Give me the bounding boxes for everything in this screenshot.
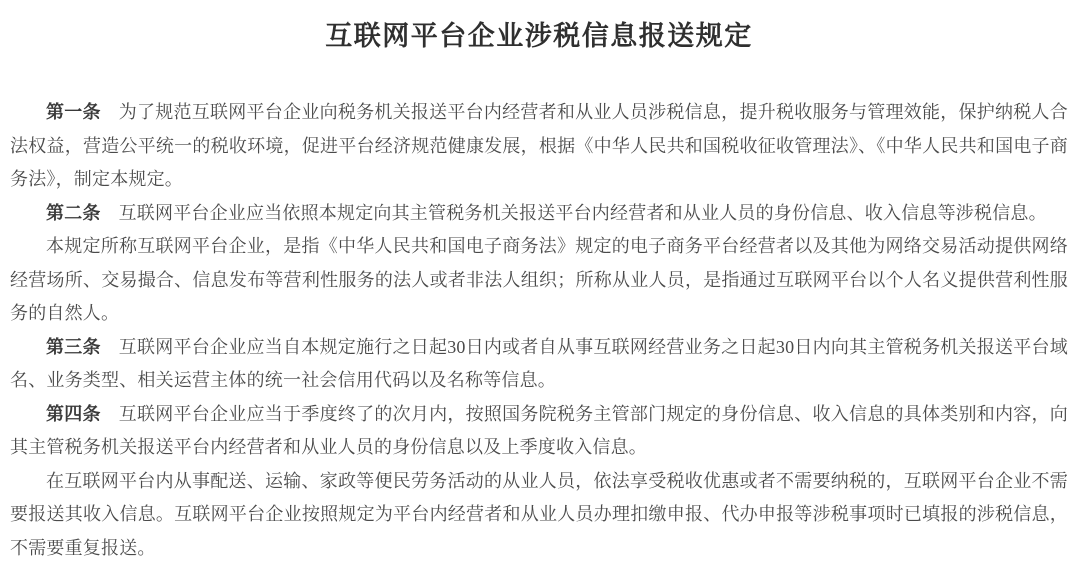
article-number-3: 第三条 <box>46 337 101 357</box>
article-paragraph-2: 第二条互联网平台企业应当依照本规定向其主管税务机关报送平台内经营者和从业人员的身… <box>10 197 1068 231</box>
article-paragraph-3: 第三条互联网平台企业应当自本规定施行之日起30日内或者自从事互联网经营业务之日起… <box>10 331 1068 398</box>
article-text-3: 互联网平台企业应当自本规定施行之日起30日内或者自从事互联网经营业务之日起30日… <box>10 337 1068 391</box>
article-number-4: 第四条 <box>46 404 101 424</box>
document-title: 互联网平台企业涉税信息报送规定 <box>10 18 1068 55</box>
supplementary-text: 在互联网平台内从事配送、运输、家政等便民劳务活动的从业人员，依法享受税收优惠或者… <box>10 471 1068 558</box>
article-text-4: 互联网平台企业应当于季度终了的次月内，按照国务院税务主管部门规定的身份信息、收入… <box>10 404 1068 458</box>
article-paragraph-1: 第一条为了规范互联网平台企业向税务机关报送平台内经营者和从业人员涉税信息，提升税… <box>10 96 1068 197</box>
supplementary-paragraph: 在互联网平台内从事配送、运输、家政等便民劳务活动的从业人员，依法享受税收优惠或者… <box>10 465 1068 565</box>
definition-text: 本规定所称互联网平台企业，是指《中华人民共和国电子商务法》规定的电子商务平台经营… <box>10 236 1068 323</box>
article-number-1: 第一条 <box>46 102 101 122</box>
article-number-2: 第二条 <box>46 203 101 223</box>
document-page: 互联网平台企业涉税信息报送规定 第一条为了规范互联网平台企业向税务机关报送平台内… <box>0 0 1080 565</box>
article-paragraph-4: 第四条互联网平台企业应当于季度终了的次月内，按照国务院税务主管部门规定的身份信息… <box>10 398 1068 465</box>
article-text-1: 为了规范互联网平台企业向税务机关报送平台内经营者和从业人员涉税信息，提升税收服务… <box>10 102 1068 189</box>
document-body: 第一条为了规范互联网平台企业向税务机关报送平台内经营者和从业人员涉税信息，提升税… <box>10 96 1068 565</box>
article-text-2: 互联网平台企业应当依照本规定向其主管税务机关报送平台内经营者和从业人员的身份信息… <box>119 203 1047 223</box>
definition-paragraph: 本规定所称互联网平台企业，是指《中华人民共和国电子商务法》规定的电子商务平台经营… <box>10 230 1068 331</box>
